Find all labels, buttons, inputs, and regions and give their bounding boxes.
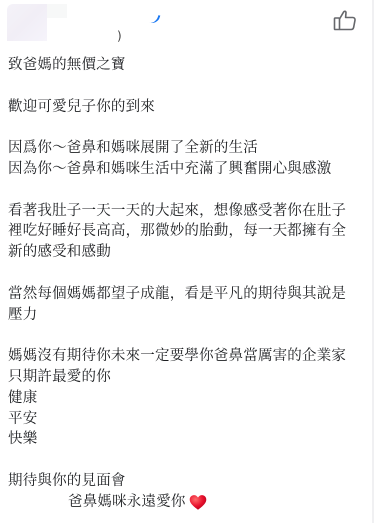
- like-button[interactable]: [333, 9, 359, 33]
- thumbs-up-icon: [333, 9, 357, 31]
- post-paragraph-meeting: 期待與你的見面會: [8, 471, 358, 492]
- post-paragraph-wishes: 媽媽沒有期待你未來一定要學你爸鼻當厲害的企業家 只期許最愛的你 健康 平安 快樂: [8, 346, 358, 450]
- post-paragraph-title: 致爸媽的無價之寶: [8, 55, 358, 76]
- timestamp-fragment: ): [117, 29, 122, 43]
- red-heart-icon: [189, 494, 207, 511]
- verified-mark-icon: [150, 13, 161, 25]
- post-header: ): [0, 0, 374, 50]
- signature-text: 爸鼻媽咪永遠愛你: [68, 492, 186, 513]
- post-paragraph-expectation: 當然每個媽媽都望子成龍，看是平凡的期待與其說是壓力: [8, 284, 358, 326]
- post-signature: 爸鼻媽咪永遠愛你: [8, 492, 358, 513]
- author-name-blurred: [47, 4, 67, 18]
- post-body: 致爸媽的無價之寶 歡迎可愛兒子你的到來 因爲你～爸鼻和媽咪展開了全新的生活 因為…: [8, 55, 358, 513]
- avatar[interactable]: [7, 4, 47, 41]
- post-paragraph-welcome: 歡迎可愛兒子你的到來: [8, 97, 358, 118]
- post-paragraph-belly: 看著我肚子一天一天的大起來，想像感受著你在肚子裡吃好睡好長高高，那微妙的胎動，每…: [8, 201, 358, 263]
- post-paragraph-because: 因爲你～爸鼻和媽咪展開了全新的生活 因為你～爸鼻和媽咪生活中充滿了興奮開心與感激: [8, 138, 358, 180]
